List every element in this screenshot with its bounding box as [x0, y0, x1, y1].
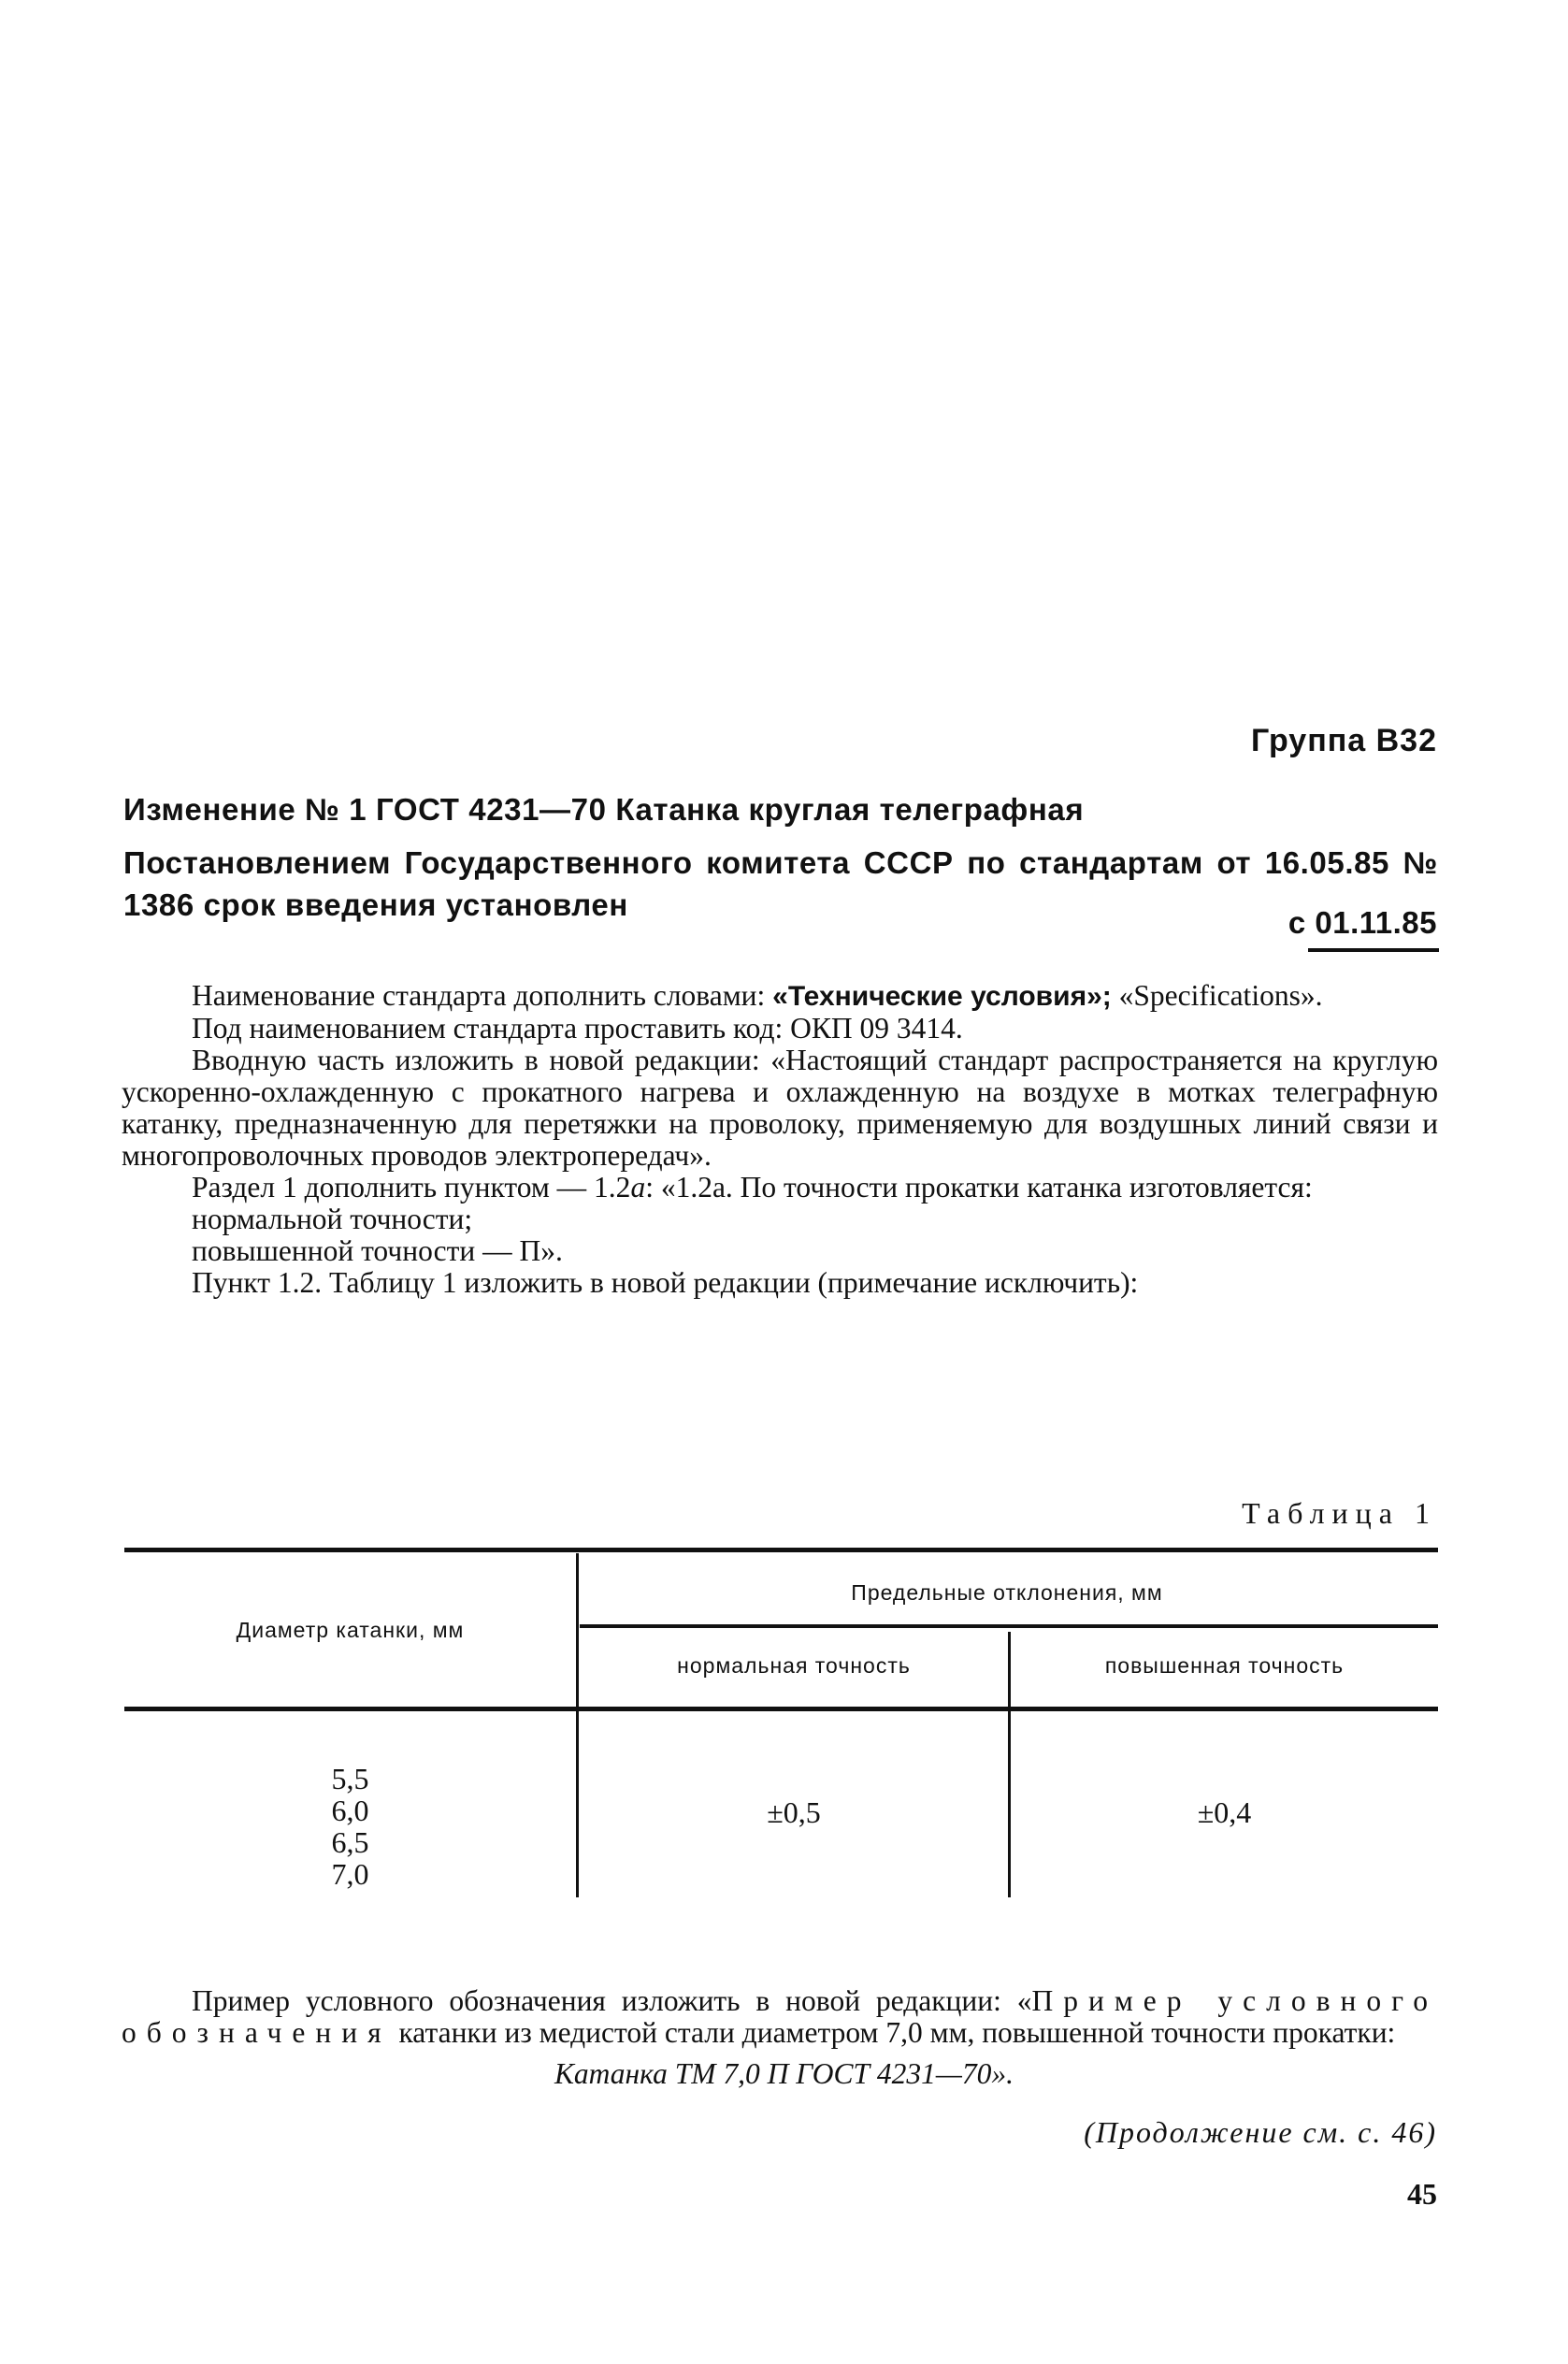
paragraph-introduction: Вводную часть изложить в новой редакции:… [122, 1045, 1438, 1172]
normal-tolerance-value: ±0,5 [580, 1795, 1008, 1830]
diameter-cell: 5,5 6,0 6,5 7,0 [124, 1763, 576, 1890]
document-title: Изменение № 1 ГОСТ 4231—70 Катанка кругл… [123, 792, 1084, 828]
list-item: нормальной точности; [122, 1204, 1438, 1235]
list-item: повышенной точности — П». [122, 1235, 1438, 1267]
paragraph-section-1: Раздел 1 дополнить пунктом — 1.2а: «1.2а… [122, 1172, 1438, 1204]
table-top-rule [124, 1548, 1438, 1552]
designation-example: Катанка ТМ 7,0 П ГОСТ 4231—70». [0, 2057, 1568, 2091]
diameter-value: 7,0 [124, 1858, 576, 1890]
designation-paragraph: Пример условного обозначения изложить в … [122, 1985, 1438, 2049]
paragraph-name-addition: Наименование стандарта дополнить словами… [122, 980, 1438, 1013]
header-normal-accuracy: нормальная точность [580, 1653, 1008, 1679]
decree-text: Постановлением Государственного комитета… [123, 842, 1438, 926]
header-diameter: Диаметр катанки, мм [124, 1618, 576, 1643]
page-number: 45 [1407, 2177, 1437, 2212]
effective-date: с 01.11.85 [1288, 905, 1437, 941]
technical-conditions-phrase: «Технические условия»; [772, 981, 1112, 1012]
header-limit-deviations: Предельные отклонения, мм [576, 1580, 1438, 1606]
diameter-value: 6,5 [124, 1826, 576, 1858]
header-group-rule [580, 1624, 1438, 1628]
diameter-value: 5,5 [124, 1763, 576, 1795]
paragraph-table-reference: Пункт 1.2. Таблицу 1 изложить в новой ре… [122, 1267, 1438, 1299]
group-label: Группа В32 [1251, 723, 1437, 759]
paragraph-okp-code: Под наименованием стандарта проставить к… [122, 1013, 1438, 1045]
header-high-accuracy: повышенная точность [1011, 1653, 1438, 1679]
header-bottom-rule [124, 1707, 1438, 1711]
effective-date-underline [1308, 948, 1439, 952]
high-tolerance-value: ±0,4 [1011, 1795, 1438, 1830]
amendment-body: Наименование стандарта дополнить словами… [122, 980, 1438, 1299]
tolerance-table: Предельные отклонения, мм Диаметр катанк… [124, 1548, 1438, 1903]
diameter-value: 6,0 [124, 1795, 576, 1826]
continuation-note: (Продолжение см. с. 46) [1084, 2115, 1437, 2150]
table-caption: Таблица 1 [1242, 1496, 1437, 1531]
document-page: Группа В32 Изменение № 1 ГОСТ 4231—70 Ка… [0, 0, 1568, 2364]
